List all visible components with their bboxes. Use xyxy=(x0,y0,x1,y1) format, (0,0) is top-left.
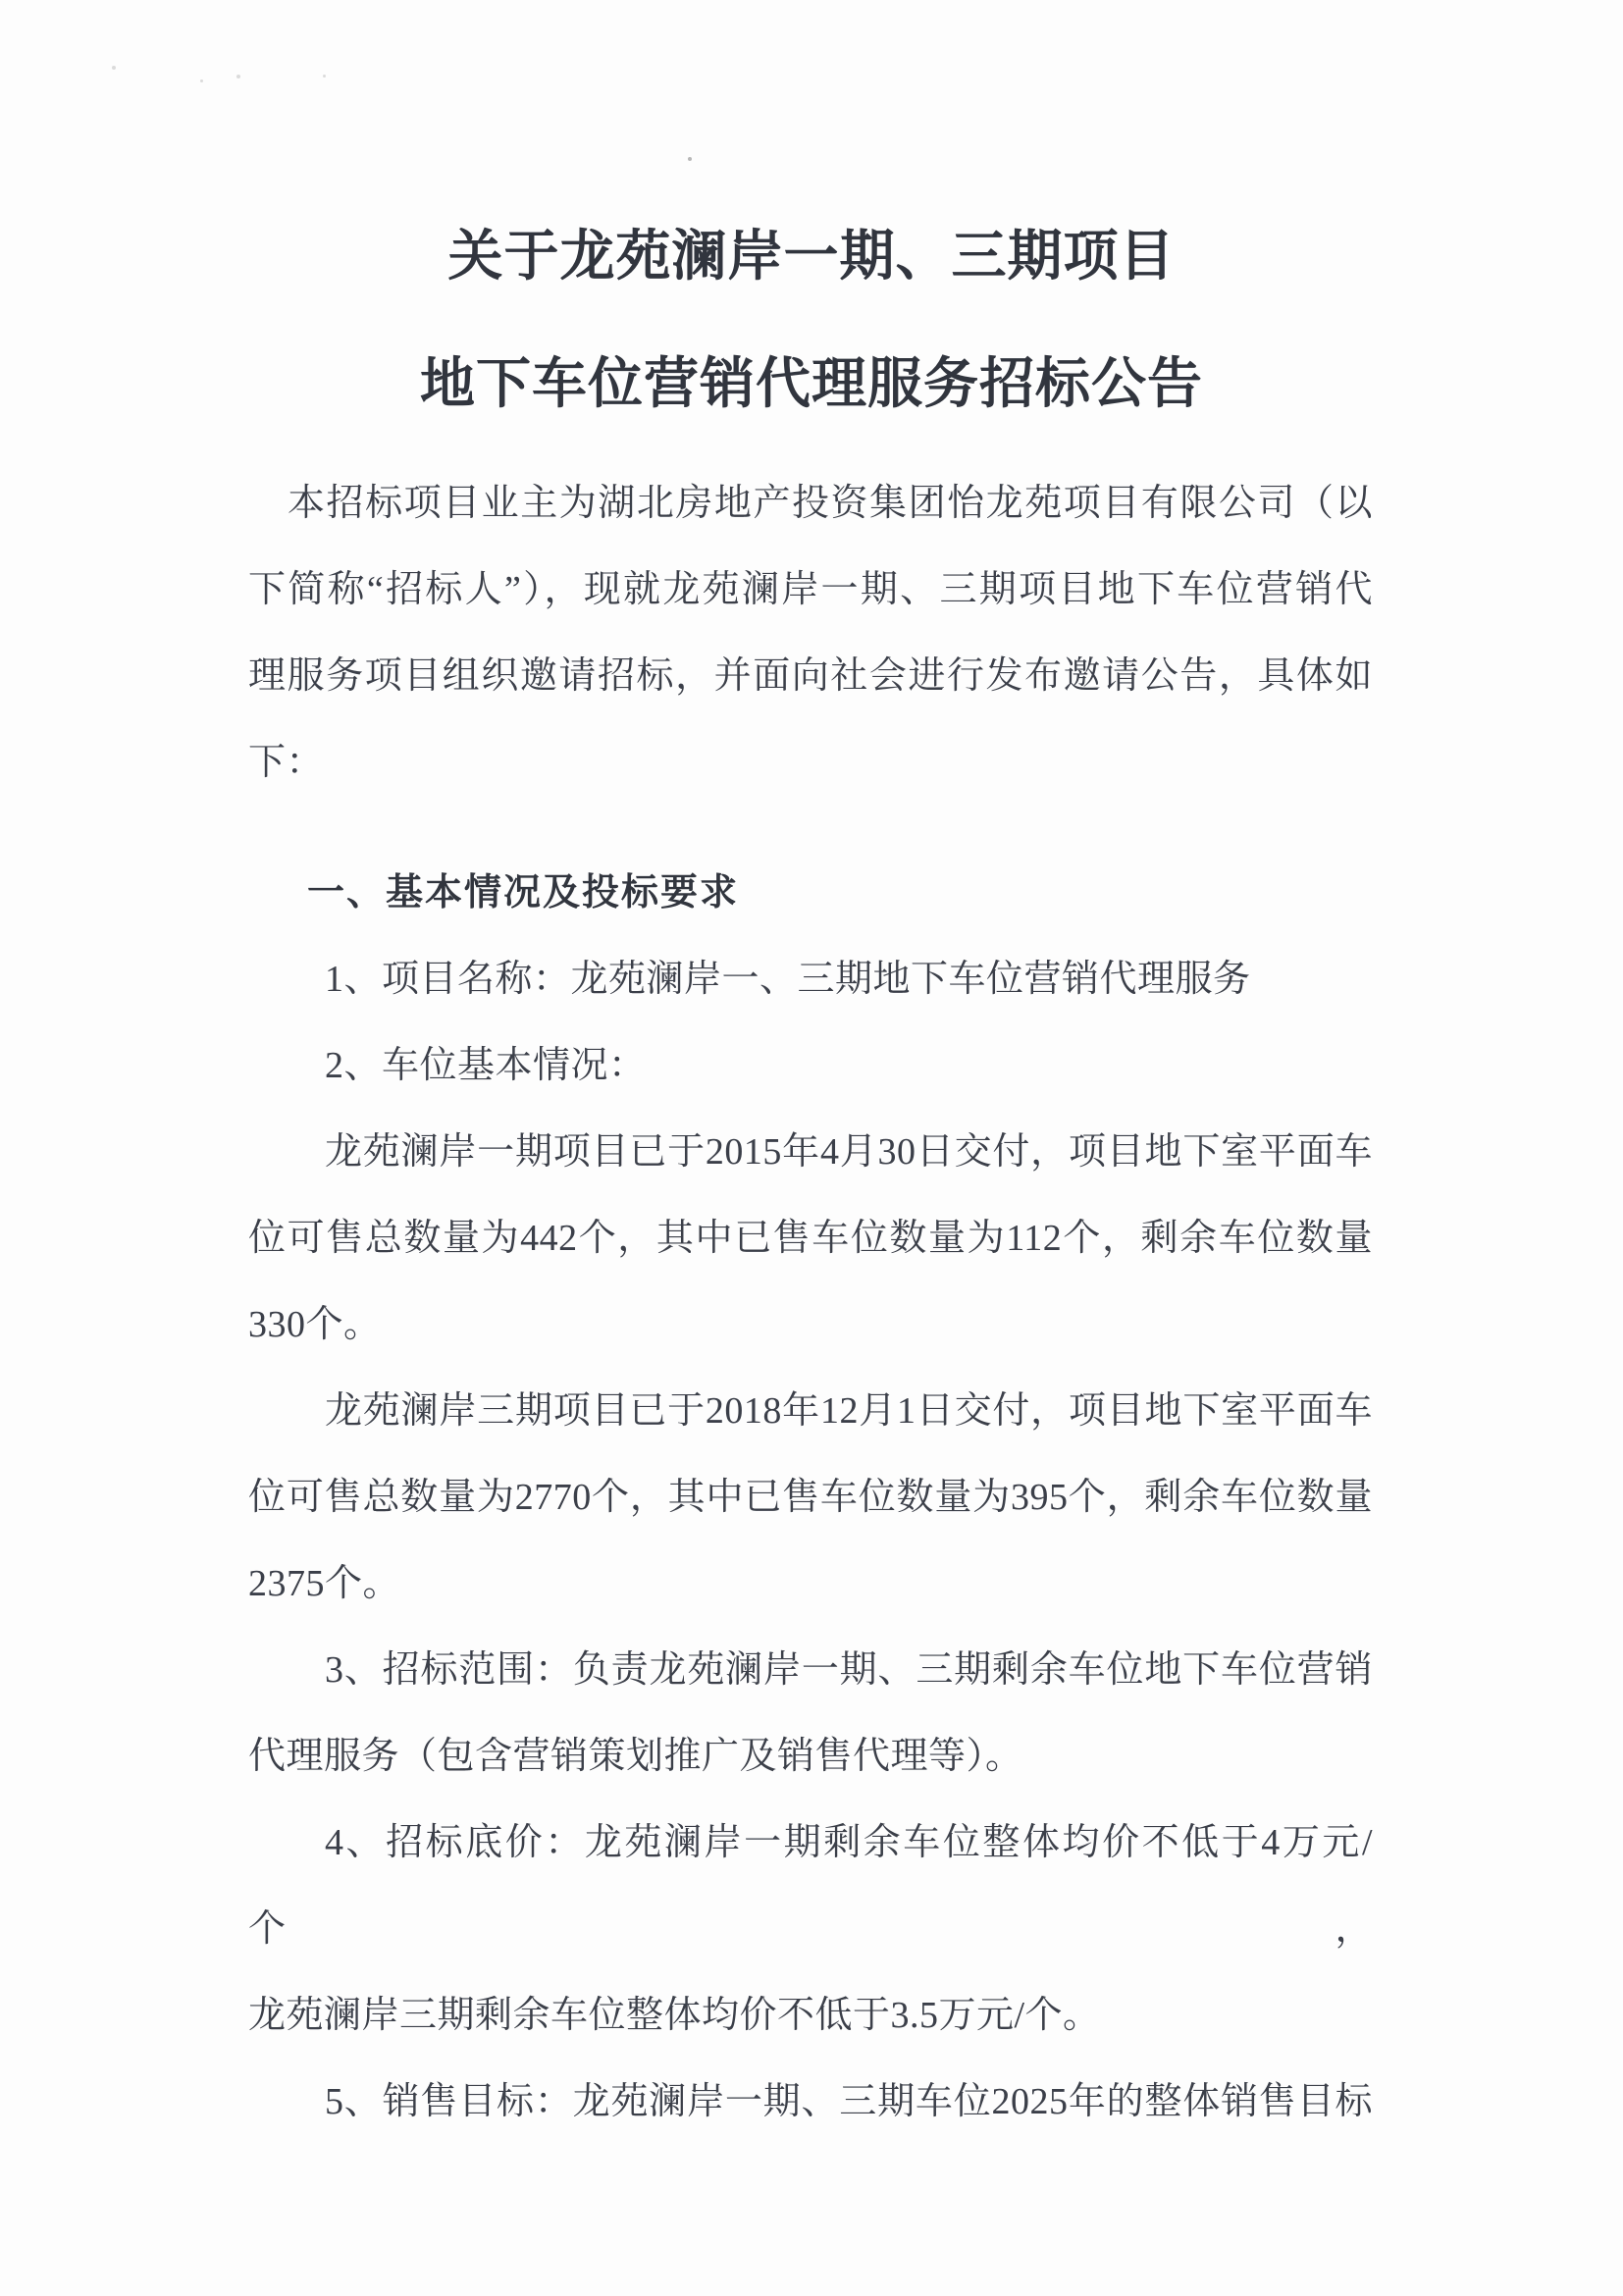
document-body: 本招标项目业主为湖北房地产投资集团怡龙苑项目有限公司（以下简称“招标人”），现就… xyxy=(248,460,1373,2145)
text-line: 2375个。 xyxy=(248,1540,1373,1627)
section-heading: 一、基本情况及投标要求 xyxy=(248,850,1373,936)
text-line: 下： xyxy=(248,719,1373,806)
text-line: 龙苑澜岸三期剩余车位整体均价不低于3.5万元/个。 xyxy=(248,1972,1373,2059)
scan-speck xyxy=(688,157,692,161)
scan-speck xyxy=(236,75,240,78)
document-title-line-1: 关于龙苑澜岸一期、三期项目 xyxy=(0,193,1623,321)
document-page: 关于龙苑澜岸一期、三期项目 地下车位营销代理服务招标公告 本招标项目业主为湖北房… xyxy=(0,0,1623,2296)
document-title-line-2: 地下车位营销代理服务招标公告 xyxy=(0,321,1623,448)
text-line: 1、项目名称：龙苑澜岸一、三期地下车位营销代理服务 xyxy=(248,936,1373,1022)
scan-speck xyxy=(112,66,116,70)
text-line: 理服务项目组织邀请招标，并面向社会进行发布邀请公告，具体如 xyxy=(248,633,1373,719)
text-line: 3、招标范围：负责龙苑澜岸一期、三期剩余车位地下车位营销 xyxy=(248,1627,1373,1713)
text-line: 330个。 xyxy=(248,1281,1373,1368)
text-line: 下简称“招标人”），现就龙苑澜岸一期、三期项目地下车位营销代 xyxy=(248,547,1373,633)
text-line: 4、招标底价：龙苑澜岸一期剩余车位整体均价不低于4万元/个， xyxy=(248,1800,1373,1972)
scan-speck xyxy=(323,75,326,78)
text-line: 2、车位基本情况： xyxy=(248,1022,1373,1109)
text-line: 位可售总数量为442个，其中已售车位数量为112个，剩余车位数量 xyxy=(248,1195,1373,1281)
document-title: 关于龙苑澜岸一期、三期项目 地下车位营销代理服务招标公告 xyxy=(0,193,1623,448)
text-line: 代理服务（包含营销策划推广及销售代理等）。 xyxy=(248,1713,1373,1800)
text-line: 位可售总数量为2770个，其中已售车位数量为395个，剩余车位数量 xyxy=(248,1454,1373,1540)
text-line: 龙苑澜岸一期项目已于2015年4月30日交付，项目地下室平面车 xyxy=(248,1109,1373,1195)
text-line: 5、销售目标：龙苑澜岸一期、三期车位2025年的整体销售目标 xyxy=(248,2059,1373,2145)
text-line: 本招标项目业主为湖北房地产投资集团怡龙苑项目有限公司（以 xyxy=(248,460,1373,547)
scan-speck xyxy=(200,79,203,82)
text-line: 龙苑澜岸三期项目已于2018年12月1日交付，项目地下室平面车 xyxy=(248,1368,1373,1454)
